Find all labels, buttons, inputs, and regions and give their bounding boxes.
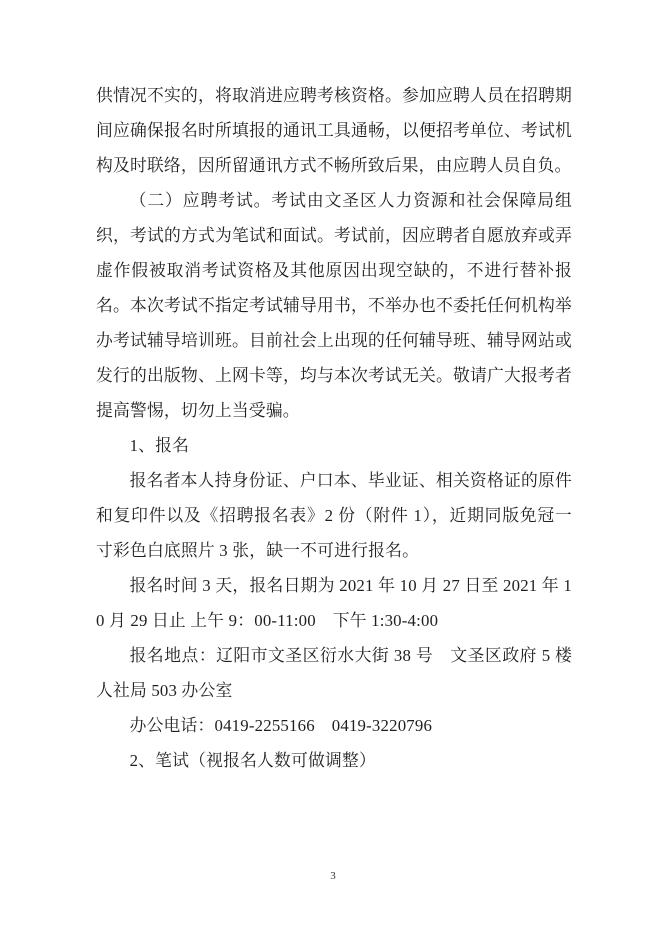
document-body: 供情况不实的，将取消进应聘考核资格。参加应聘人员在招聘期间应确保报名时所填报的通…	[96, 78, 572, 778]
document-page: 供情况不实的，将取消进应聘考核资格。参加应聘人员在招聘期间应确保报名时所填报的通…	[0, 0, 666, 941]
paragraph-heading-registration: 1、报名	[96, 428, 572, 463]
paragraph-registration-time: 报名时间 3 天，报名日期为 2021 年 10 月 27 日至 2021 年 …	[96, 568, 572, 638]
paragraph-section-2-exam: （二）应聘考试。考试由文圣区人力资源和社会保障局组织，考试的方式为笔试和面试。考…	[96, 183, 572, 428]
paragraph-heading-written-test: 2、笔试（视报名人数可做调整）	[96, 743, 572, 778]
paragraph-continuation: 供情况不实的，将取消进应聘考核资格。参加应聘人员在招聘期间应确保报名时所填报的通…	[96, 78, 572, 183]
paragraph-office-phone: 办公电话：0419-2255166 0419-3220796	[96, 708, 572, 743]
paragraph-registration-materials: 报名者本人持身份证、户口本、毕业证、相关资格证的原件和复印件以及《招聘报名表》2…	[96, 463, 572, 568]
page-number: 3	[0, 868, 666, 884]
paragraph-registration-address: 报名地点：辽阳市文圣区衍水大街 38 号 文圣区政府 5 楼人社局 503 办公…	[96, 638, 572, 708]
